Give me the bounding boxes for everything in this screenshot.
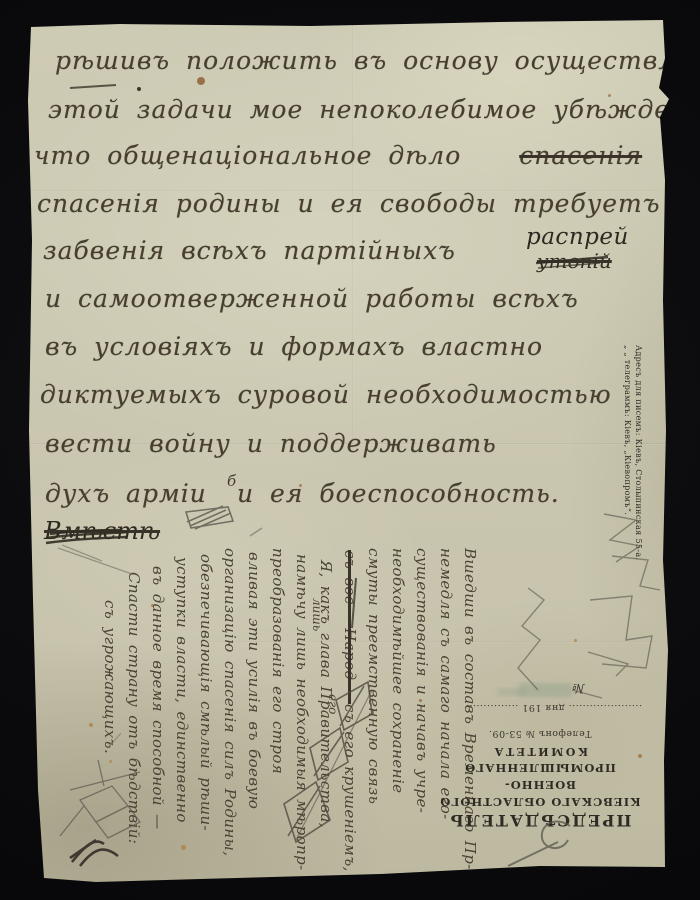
foxing-spot (89, 723, 93, 727)
letterhead-phone: Телефонъ № 53-09. (432, 726, 648, 741)
manuscript-line: этой задачи мое непоколебимое убѣжденіе (48, 95, 700, 124)
rotated-note-line: обезпечивающія смѣлый рѣши- (194, 548, 218, 900)
manuscript-line: рѣшивъ положить въ основу осуществленія (55, 46, 700, 75)
inserted-word-rotated: его (326, 694, 340, 714)
manuscript-text: что общенаціональное дѣло (34, 141, 461, 170)
struck-word-margin: Вмѣстѣ (44, 517, 160, 545)
manuscript-line: и самоотверженной работы всѣхъ (45, 284, 579, 313)
rotated-note-line: уступки власти, единственно (170, 548, 194, 900)
manuscript-line: диктуемыхъ суровой необходимостью (40, 380, 612, 409)
date-line: ..................... дня 191 ..........… (436, 702, 642, 713)
rotated-note-line: съ вос— Народ— съ его крушеніемъ, (338, 548, 362, 900)
manuscript-line: что общенаціональное дѣлоспасенія (34, 141, 642, 170)
rotated-note-text: съ его крушеніемъ, (341, 704, 359, 872)
manuscript-line: духъ арміи (45, 479, 207, 508)
foxing-spot (574, 639, 577, 642)
manuscript-line: въ условіяхъ и формахъ властно (45, 332, 543, 361)
rotated-note-line: немедля съ самаго начала его- (434, 548, 458, 900)
pencil-hatch-mark (186, 506, 233, 529)
rotated-note-line: существованія и начавъ учре- (410, 548, 434, 900)
manuscript-line: вести войну и поддерживать (45, 429, 497, 458)
ink-underline (70, 85, 116, 88)
rotated-note-line: организацію спасенія силъ Родины, (218, 548, 242, 900)
foxing-spot (197, 77, 205, 85)
rotated-note-line: необходимѣйшее сохраненіе (386, 548, 410, 900)
letterhead-subtitle: КІЕВСКАГО ОБЛАСТНОГО (432, 793, 648, 810)
letterhead-subtitle: ВОЕННО-ПРОМЫШЛЕННАГО (432, 759, 648, 793)
struck-word: утопій (537, 249, 612, 273)
address-line-letters: Адресъ для писемъ: Кіевъ, Столыпинская 5… (633, 345, 644, 577)
pencil-tick (250, 528, 262, 536)
rotated-note-line: Спасти страну отъ бѣдствій: (122, 548, 146, 900)
rotated-note-line: вливая эти усилія въ боевую (242, 548, 266, 900)
letterhead-subtitle: КОМИТЕТА (432, 743, 648, 759)
number-sign: № (572, 680, 584, 695)
inserted-letter: б (227, 472, 236, 490)
rotated-note-line: смуты преемственную связь (362, 548, 386, 900)
address-line-telegrams: „ „ телеграммъ: Кіевъ, „Кіевопромъ“. (622, 345, 633, 577)
rotated-note-line: преобразованія его строя (266, 548, 290, 900)
rotated-note-line: въ данное время способной — (146, 548, 170, 900)
rotated-note-line: Вшедши въ составъ Временнаго Пр-ва (458, 548, 482, 900)
photo-background: рѣшивъ положить въ основу осуществленія … (0, 0, 700, 900)
inserted-word-correction: распрей (526, 224, 629, 250)
printed-address-block: Адресъ для писемъ: Кіевъ, Столыпинская 5… (622, 345, 644, 577)
rotated-note-line: съ угрожающихъ. (98, 548, 122, 900)
rotated-note-block: Вшедши въ составъ Временнаго Пр-ва немед… (98, 548, 482, 900)
foxing-spot (137, 87, 141, 91)
manuscript-line: забвенія всѣхъ партійныхъ (43, 236, 456, 265)
manuscript-line: и ея боеспособность. (237, 479, 560, 508)
inserted-word-rotated: лишь (310, 598, 324, 631)
manuscript-line: спасенія родины и ея свободы требуетъ (37, 189, 660, 218)
struck-word: спасенія (519, 141, 642, 170)
letter-sheet: рѣшивъ положить въ основу осуществленія … (0, 0, 700, 900)
smudge-mark (498, 688, 524, 696)
letterhead-block: ПРЕДСѢДАТЕЛЬ КІЕВСКАГО ОБЛАСТНОГО ВОЕННО… (432, 726, 648, 830)
smudge-mark (519, 683, 572, 697)
letterhead-title: ПРЕДСѢДАТЕЛЬ (432, 810, 648, 830)
struck-words: съ вос— Народ— (341, 550, 359, 704)
